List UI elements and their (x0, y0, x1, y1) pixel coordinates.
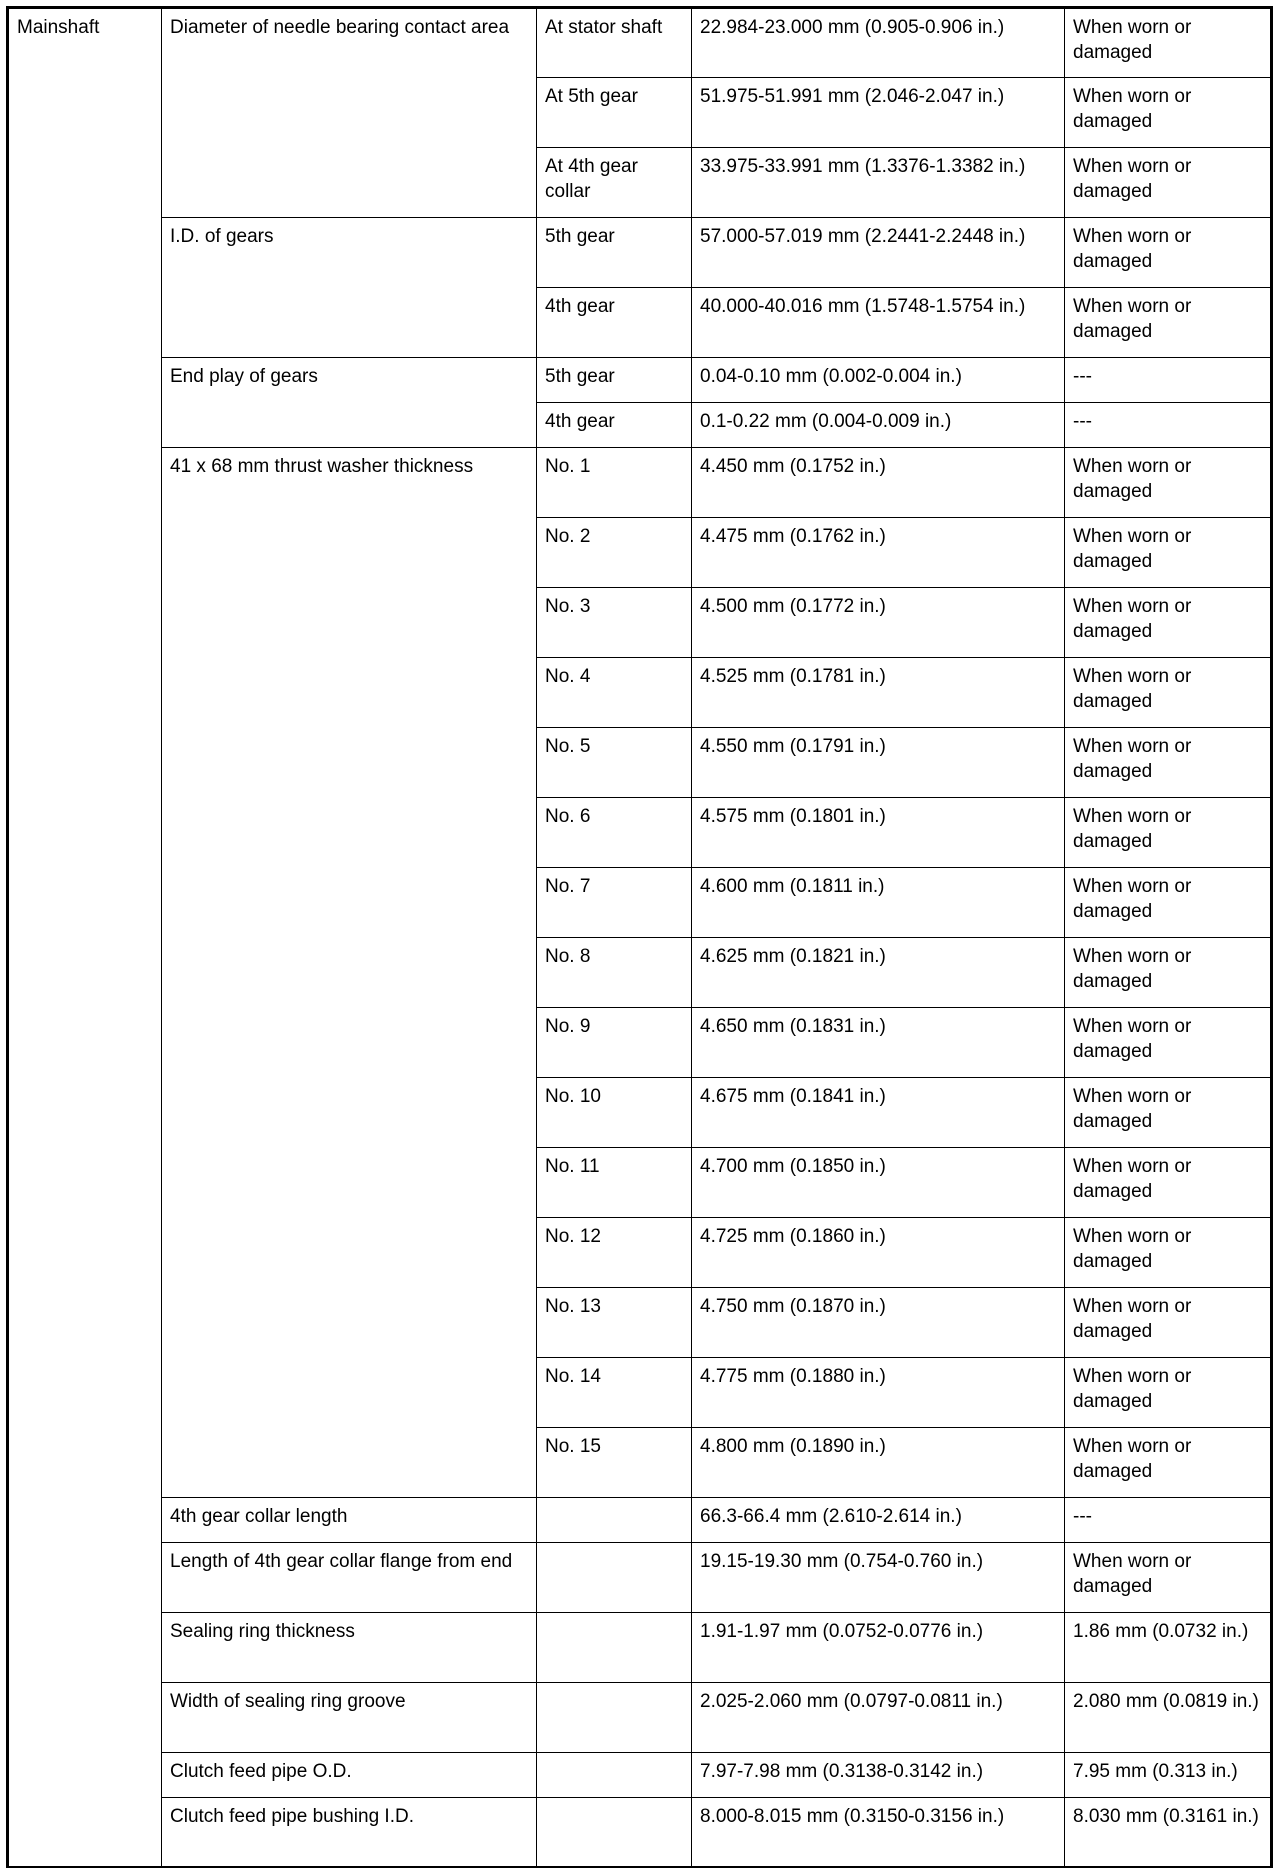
standard-value-cell: 0.1-0.22 mm (0.004-0.009 in.) (692, 403, 1065, 448)
standard-value-cell: 33.975-33.991 mm (1.3376-1.3382 in.) (692, 148, 1065, 218)
standard-value-cell: 8.000-8.015 mm (0.3150-0.3156 in.) (692, 1798, 1065, 1868)
service-limit-cell: When worn or damaged (1065, 1218, 1272, 1288)
sub-item-cell: No. 1 (537, 448, 692, 518)
table-row: Clutch feed pipe bushing I.D.8.000-8.015… (8, 1798, 1272, 1868)
item-cell: Length of 4th gear collar flange from en… (162, 1543, 537, 1613)
standard-value-cell: 51.975-51.991 mm (2.046-2.047 in.) (692, 78, 1065, 148)
sub-item-cell (537, 1683, 692, 1753)
item-cell: 4th gear collar length (162, 1498, 537, 1543)
service-limit-cell: When worn or damaged (1065, 218, 1272, 288)
service-limit-cell: When worn or damaged (1065, 1543, 1272, 1613)
sub-item-cell (537, 1753, 692, 1798)
table-row: Length of 4th gear collar flange from en… (8, 1543, 1272, 1613)
standard-value-cell: 4.575 mm (0.1801 in.) (692, 798, 1065, 868)
service-limit-cell: When worn or damaged (1065, 1428, 1272, 1498)
item-cell: Diameter of needle bearing contact area (162, 8, 537, 218)
sub-item-cell: No. 7 (537, 868, 692, 938)
standard-value-cell: 4.775 mm (0.1880 in.) (692, 1358, 1065, 1428)
standard-value-cell: 4.600 mm (0.1811 in.) (692, 868, 1065, 938)
standard-value-cell: 57.000-57.019 mm (2.2441-2.2448 in.) (692, 218, 1065, 288)
table-row: 4th gear collar length66.3-66.4 mm (2.61… (8, 1498, 1272, 1543)
service-limit-cell: When worn or damaged (1065, 588, 1272, 658)
table-row: MainshaftDiameter of needle bearing cont… (8, 8, 1272, 78)
item-cell: Clutch feed pipe O.D. (162, 1753, 537, 1798)
standard-value-cell: 2.025-2.060 mm (0.0797-0.0811 in.) (692, 1683, 1065, 1753)
service-limit-cell: When worn or damaged (1065, 868, 1272, 938)
sub-item-cell: 5th gear (537, 218, 692, 288)
service-limit-cell: When worn or damaged (1065, 1288, 1272, 1358)
service-limit-cell: When worn or damaged (1065, 148, 1272, 218)
sub-item-cell (537, 1543, 692, 1613)
standard-value-cell: 40.000-40.016 mm (1.5748-1.5754 in.) (692, 288, 1065, 358)
sub-item-cell: No. 12 (537, 1218, 692, 1288)
standard-value-cell: 4.725 mm (0.1860 in.) (692, 1218, 1065, 1288)
sub-item-cell: No. 8 (537, 938, 692, 1008)
sub-item-cell: 4th gear (537, 288, 692, 358)
standard-value-cell: 4.475 mm (0.1762 in.) (692, 518, 1065, 588)
item-cell: End play of gears (162, 358, 537, 448)
standard-value-cell: 4.650 mm (0.1831 in.) (692, 1008, 1065, 1078)
service-limit-cell: --- (1065, 403, 1272, 448)
service-limit-cell: When worn or damaged (1065, 1008, 1272, 1078)
service-limit-cell: When worn or damaged (1065, 1358, 1272, 1428)
standard-value-cell: 4.550 mm (0.1791 in.) (692, 728, 1065, 798)
sub-item-cell: 5th gear (537, 358, 692, 403)
sub-item-cell: At 5th gear (537, 78, 692, 148)
table-row: End play of gears5th gear0.04-0.10 mm (0… (8, 358, 1272, 403)
table-row: Clutch feed pipe O.D.7.97-7.98 mm (0.313… (8, 1753, 1272, 1798)
mainshaft-spec-table: MainshaftDiameter of needle bearing cont… (6, 6, 1273, 1868)
sub-item-cell (537, 1613, 692, 1683)
service-limit-cell: When worn or damaged (1065, 1078, 1272, 1148)
service-limit-cell: When worn or damaged (1065, 1148, 1272, 1218)
service-limit-cell: 1.86 mm (0.0732 in.) (1065, 1613, 1272, 1683)
item-cell: Clutch feed pipe bushing I.D. (162, 1798, 537, 1868)
item-cell: Width of sealing ring groove (162, 1683, 537, 1753)
standard-value-cell: 4.675 mm (0.1841 in.) (692, 1078, 1065, 1148)
service-limit-cell: When worn or damaged (1065, 658, 1272, 728)
standard-value-cell: 4.800 mm (0.1890 in.) (692, 1428, 1065, 1498)
service-limit-cell: When worn or damaged (1065, 798, 1272, 868)
table-row: Sealing ring thickness1.91-1.97 mm (0.07… (8, 1613, 1272, 1683)
sub-item-cell: No. 15 (537, 1428, 692, 1498)
item-cell: I.D. of gears (162, 218, 537, 358)
service-limit-cell: When worn or damaged (1065, 518, 1272, 588)
standard-value-cell: 4.450 mm (0.1752 in.) (692, 448, 1065, 518)
sub-item-cell (537, 1798, 692, 1868)
spec-table-body: MainshaftDiameter of needle bearing cont… (8, 8, 1272, 1868)
table-row: I.D. of gears5th gear57.000-57.019 mm (2… (8, 218, 1272, 288)
service-limit-cell: When worn or damaged (1065, 448, 1272, 518)
table-row: Width of sealing ring groove2.025-2.060 … (8, 1683, 1272, 1753)
standard-value-cell: 4.750 mm (0.1870 in.) (692, 1288, 1065, 1358)
sub-item-cell: No. 4 (537, 658, 692, 728)
service-limit-cell: 2.080 mm (0.0819 in.) (1065, 1683, 1272, 1753)
standard-value-cell: 4.500 mm (0.1772 in.) (692, 588, 1065, 658)
sub-item-cell: No. 10 (537, 1078, 692, 1148)
table-row: 41 x 68 mm thrust washer thicknessNo. 14… (8, 448, 1272, 518)
standard-value-cell: 0.04-0.10 mm (0.002-0.004 in.) (692, 358, 1065, 403)
service-limit-cell: --- (1065, 1498, 1272, 1543)
standard-value-cell: 66.3-66.4 mm (2.610-2.614 in.) (692, 1498, 1065, 1543)
service-limit-cell: --- (1065, 358, 1272, 403)
sub-item-cell: No. 2 (537, 518, 692, 588)
standard-value-cell: 19.15-19.30 mm (0.754-0.760 in.) (692, 1543, 1065, 1613)
sub-item-cell: No. 5 (537, 728, 692, 798)
sub-item-cell: No. 11 (537, 1148, 692, 1218)
sub-item-cell: No. 14 (537, 1358, 692, 1428)
standard-value-cell: 4.625 mm (0.1821 in.) (692, 938, 1065, 1008)
service-limit-cell: When worn or damaged (1065, 288, 1272, 358)
service-limit-cell: When worn or damaged (1065, 8, 1272, 78)
service-limit-cell: When worn or damaged (1065, 78, 1272, 148)
sub-item-cell: At stator shaft (537, 8, 692, 78)
item-cell: 41 x 68 mm thrust washer thickness (162, 448, 537, 1498)
sub-item-cell: No. 3 (537, 588, 692, 658)
service-limit-cell: When worn or damaged (1065, 728, 1272, 798)
sub-item-cell: No. 6 (537, 798, 692, 868)
service-limit-cell: 8.030 mm (0.3161 in.) (1065, 1798, 1272, 1868)
standard-value-cell: 4.525 mm (0.1781 in.) (692, 658, 1065, 728)
component-cell: Mainshaft (8, 8, 162, 1868)
sub-item-cell: 4th gear (537, 403, 692, 448)
standard-value-cell: 22.984-23.000 mm (0.905-0.906 in.) (692, 8, 1065, 78)
sub-item-cell: No. 13 (537, 1288, 692, 1358)
service-limit-cell: 7.95 mm (0.313 in.) (1065, 1753, 1272, 1798)
sub-item-cell (537, 1498, 692, 1543)
standard-value-cell: 7.97-7.98 mm (0.3138-0.3142 in.) (692, 1753, 1065, 1798)
standard-value-cell: 4.700 mm (0.1850 in.) (692, 1148, 1065, 1218)
item-cell: Sealing ring thickness (162, 1613, 537, 1683)
standard-value-cell: 1.91-1.97 mm (0.0752-0.0776 in.) (692, 1613, 1065, 1683)
sub-item-cell: No. 9 (537, 1008, 692, 1078)
sub-item-cell: At 4th gear collar (537, 148, 692, 218)
service-limit-cell: When worn or damaged (1065, 938, 1272, 1008)
